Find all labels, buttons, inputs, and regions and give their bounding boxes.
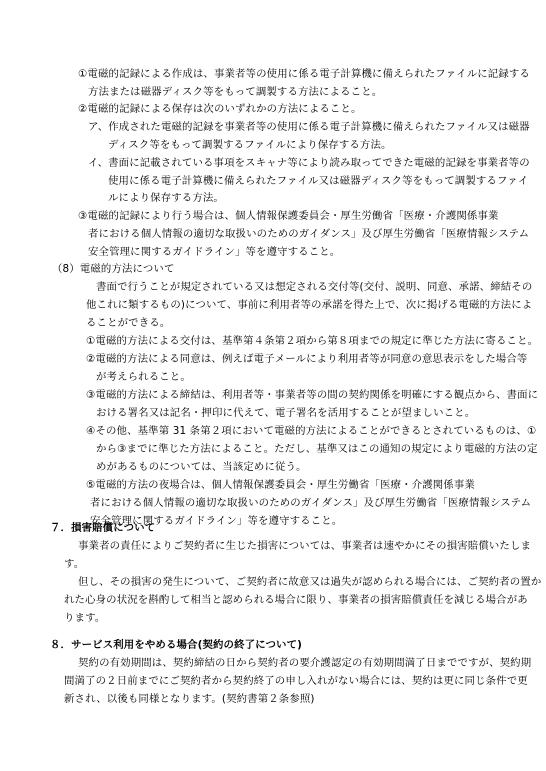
termination-para-line-2: 間満了の２日前までにご契約者から契約終了の申し入れがない場合には、契約は更に同じ… <box>64 672 528 690</box>
record-item-2a-line-2: ディスク等をもって調製するファイルにより保存する方法。 <box>108 136 392 154</box>
record-item-2-line-1: ②電磁的記録による保存は次のいずれかの方法によること。 <box>78 100 362 118</box>
methods-item-5-line-2: 者における個人情報の適切な取扱いのためのガイダンス」及び厚生労働省「医療情報シス… <box>90 494 531 512</box>
damages-para-2-line-2: れた心身の状況を斟酌して相当と認められる場合に限り、事業者の損害賠償責任を減じる… <box>64 591 528 609</box>
methods-item-3-line-1: ③電磁的方法による締結は、利用者等・事業者等の間の契約関係を明確にする観点から、… <box>86 386 538 404</box>
record-item-1-line-2: 方法または磁器ディスク等をもって調製する方法によること。 <box>88 83 382 101</box>
record-item-3-line-2: 者における個人情報の適切な取扱いのためのガイダンス」及び厚生労働省「医療情報シス… <box>88 225 529 243</box>
methods-item-2-line-2: が考えられること。 <box>96 368 191 386</box>
damages-para-1-line-1: 事業者の責任によりご契約者に生じた損害については、事業者は速やかにその損害賠償い… <box>78 537 531 555</box>
section-8-heading: ８．サービス利用をやめる場合(契約の終了について) <box>50 636 302 654</box>
methods-item-4-line-3: めがあるものについては、当該定めに従う。 <box>96 458 307 476</box>
methods-intro-line-1: 書面で行うことが規定されている又は想定される交付等(交付、説明、同意、承諾、締結… <box>96 278 532 296</box>
termination-para-line-3: 新され、以後も同様となります。(契約書第２条参照) <box>64 690 315 708</box>
record-item-2a-line-1: ア、作成された電磁的記録を事業者等の使用に係る電子計算機に備えられたファイル又は… <box>88 118 530 136</box>
record-item-3-line-1: ③電磁的記録により行う場合は、個人情報保護委員会・厚生労働省「医療・介護関係事業 <box>78 207 499 225</box>
methods-intro-line-3: ることができる。 <box>86 314 170 332</box>
record-item-2i-line-3: ルにより保存する方法。 <box>108 189 224 207</box>
subsection-8-heading: （8）電磁的方法について <box>52 260 175 278</box>
record-item-1-line-1: ①電磁的記録による作成は、事業者等の使用に係る電子計算機に備えられたファイルに記… <box>78 65 530 83</box>
damages-para-2-line-3: ります。 <box>64 609 105 627</box>
document-page: ①電磁的記録による作成は、事業者等の使用に係る電子計算機に備えられたファイルに記… <box>0 0 546 771</box>
damages-para-2-line-1: 但し、その損害の発生について、ご契約者に故意又は過失が認められる場合には、ご契約… <box>78 573 541 591</box>
record-item-2i-line-2: 使用に係る電子計算機に備えられたファイル又は磁器ディスク等をもって調製するファイ <box>108 172 528 190</box>
section-7-heading: ７．損害賠償について <box>50 519 155 537</box>
methods-item-2-line-1: ②電磁的方法による同意は、例えば電子メールにより利用者等が同意の意思表示をした場… <box>86 350 527 368</box>
termination-para-line-1: 契約の有効期間は、契約締結の日から契約者の要介護認定の有効期間満了日までですが、… <box>78 654 531 672</box>
methods-item-3-line-2: おける署名又は記名・押印に代えて、電子署名を活用することが望ましいこと。 <box>96 404 475 422</box>
methods-item-4-line-2: から③までに準じた方法によること。ただし、基準又はこの通知の規定により電磁的方法… <box>96 440 538 458</box>
methods-intro-line-2: 他これに類するもの)について、事前に利用者等の承諾を得た上で、次に掲げる電磁的方… <box>86 296 532 314</box>
methods-item-1-line-1: ①電磁的方法による交付は、基準第４条第２項から第８項までの規定に準じた方法に寄る… <box>86 332 538 350</box>
methods-item-4-line-1: ④その他、基準第 31 条第２項において電磁的方法によることができるとされている… <box>86 422 536 440</box>
methods-item-5-line-1: ⑤電磁的方法の夜場合は、個人情報保護委員会・厚生労働省「医療・介護関係事業 <box>86 476 475 494</box>
record-item-2i-line-1: イ、書面に記載されている事項をスキャナ等により読み取ってできた電磁的記録を事業者… <box>88 154 530 172</box>
damages-para-1-line-2: す。 <box>64 555 84 573</box>
record-item-3-line-3: 安全管理に関するガイドライン」等を遵守すること。 <box>88 243 340 261</box>
